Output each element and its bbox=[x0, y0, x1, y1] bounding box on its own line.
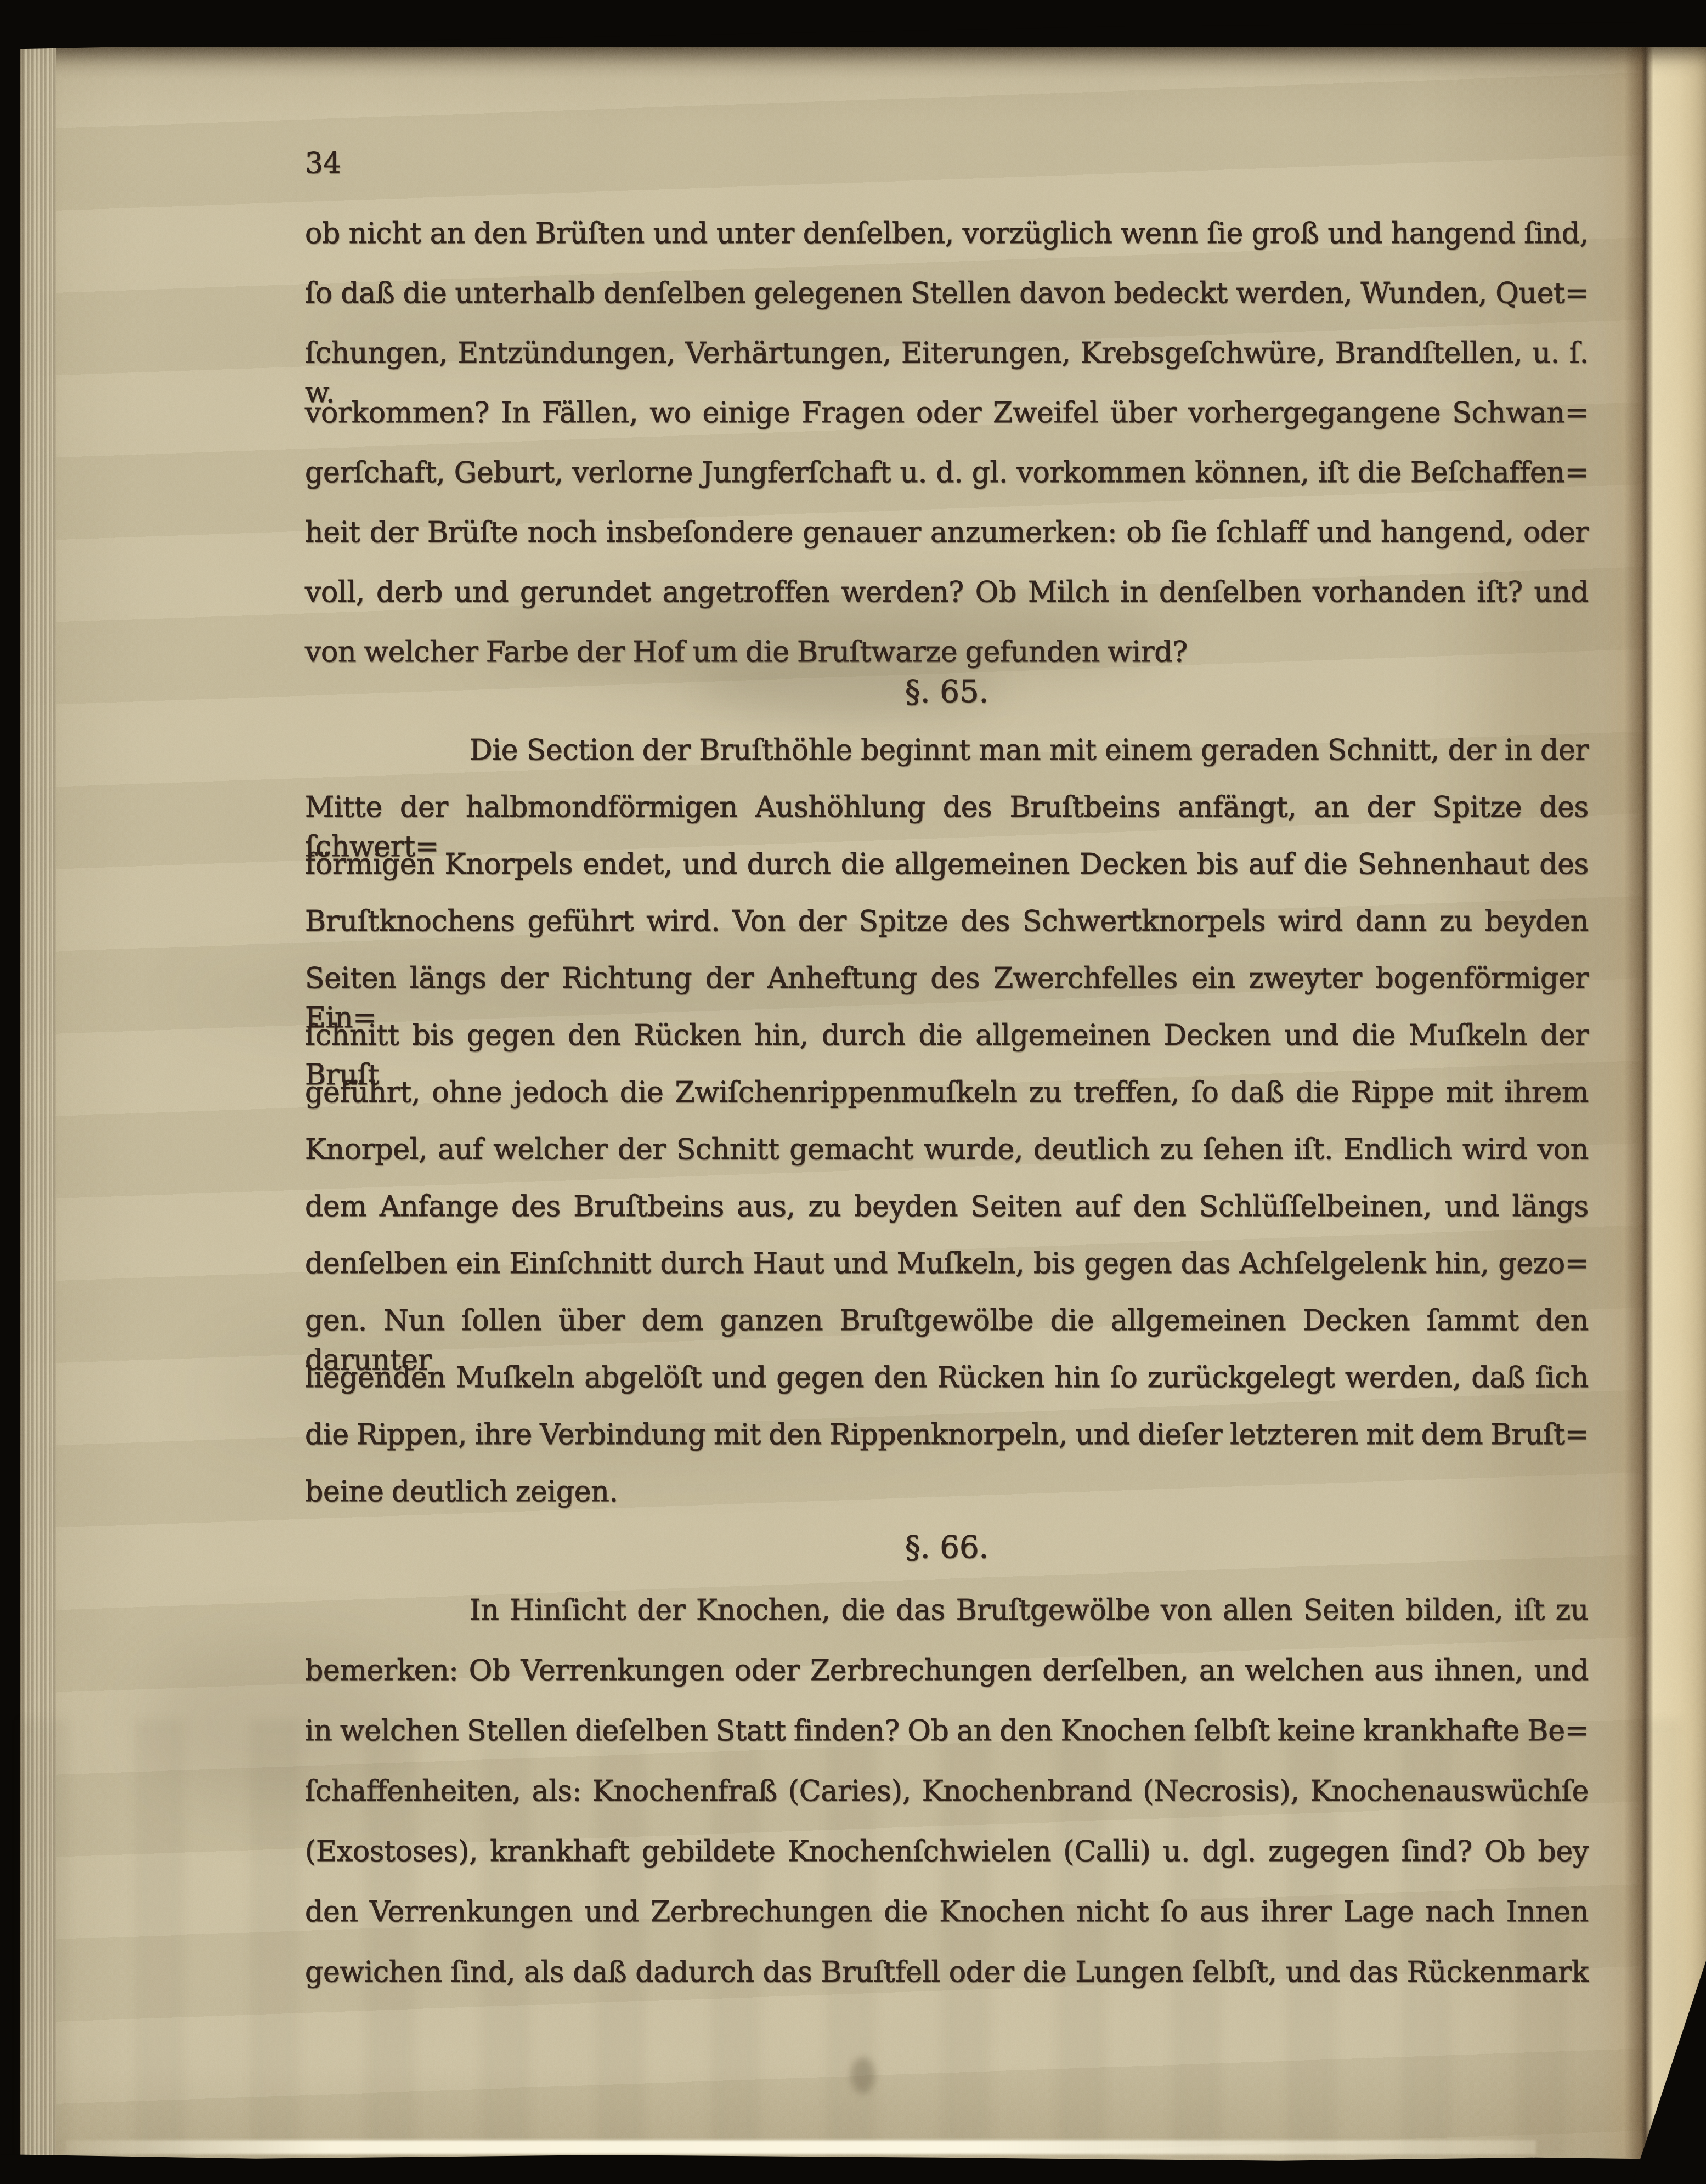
text-line: vorkommen? In Fällen, wo einige Fragen o… bbox=[305, 393, 1589, 453]
section-heading: §. 66. bbox=[305, 1528, 1589, 1572]
paragraph: In Hinſicht der Knochen, die das Bruſtge… bbox=[305, 1591, 1589, 2013]
text-line: ſchnitt bis gegen den Rücken hin, durch … bbox=[305, 1016, 1589, 1073]
page-number: 34 bbox=[305, 147, 341, 180]
text-line: geführt, ohne jedoch die Zwiſchenrippenm… bbox=[305, 1073, 1589, 1130]
text-line: Mitte der halbmondförmigen Aushöhlung de… bbox=[305, 788, 1589, 845]
text-line: liegenden Muſkeln abgelöſt und gegen den… bbox=[305, 1358, 1589, 1415]
text-line: ob nicht an den Brüſten und unter denſel… bbox=[305, 214, 1589, 274]
text-line: gewichen ſind, als daß dadurch das Bruſt… bbox=[305, 1953, 1589, 2013]
text-line: ſchaffenheiten, als: Knochenfraß (Caries… bbox=[305, 1772, 1589, 1832]
text-line: In Hinſicht der Knochen, die das Bruſtge… bbox=[305, 1591, 1589, 1651]
page-bottom-edge-highlight bbox=[66, 2140, 1536, 2154]
text-line: (Exostoses), krankhaft gebildete Knochen… bbox=[305, 1832, 1589, 1892]
scanned-page: 34 ob nicht an den Brüſten und unter den… bbox=[20, 47, 1706, 2163]
text-line: gen. Nun ſollen über dem ganzen Bruſtgew… bbox=[305, 1301, 1589, 1358]
text-line: Seiten längs der Richtung der Anheftung … bbox=[305, 959, 1589, 1016]
text-line: Die Section der Bruſthöhle beginnt man m… bbox=[305, 731, 1589, 788]
text-line: heit der Brüſte noch insbeſondere genaue… bbox=[305, 513, 1589, 573]
text-line: die Rippen, ihre Verbindung mit den Ripp… bbox=[305, 1415, 1589, 1472]
text-line: förmigen Knorpels endet, und durch die a… bbox=[305, 845, 1589, 902]
text-line: ſo daß die unterhalb denſelben gelegenen… bbox=[305, 274, 1589, 333]
paragraph: Die Section der Bruſthöhle beginnt man m… bbox=[305, 731, 1589, 1529]
section-heading: §. 65. bbox=[305, 672, 1589, 716]
text-line: in welchen Stellen dieſelben Statt finde… bbox=[305, 1711, 1589, 1772]
text-line: dem Anfange des Bruſtbeins aus, zu beyde… bbox=[305, 1187, 1589, 1244]
scan-background-top bbox=[0, 0, 1706, 55]
text-line: bemerken: Ob Verrenkungen oder Zerbrechu… bbox=[305, 1651, 1589, 1711]
text-line: voll, derb und gerundet angetroffen werd… bbox=[305, 573, 1589, 632]
text-line: Bruſtknochens geführt wird. Von der Spit… bbox=[305, 902, 1589, 959]
text-line: gerſchaft, Geburt, verlorne Jungferſchaf… bbox=[305, 453, 1589, 513]
text-line: Knorpel, auf welcher der Schnitt gemacht… bbox=[305, 1130, 1589, 1187]
paragraph: ob nicht an den Brüſten und unter denſel… bbox=[305, 214, 1589, 692]
text-line: beine deutlich zeigen. bbox=[305, 1472, 1589, 1529]
text-line: den Verrenkungen und Zerbrechungen die K… bbox=[305, 1892, 1589, 1953]
book-scan: { "page_number": "34", "headings": { "s6… bbox=[0, 0, 1706, 2184]
text-line: denſelben ein Einſchnitt durch Haut und … bbox=[305, 1244, 1589, 1301]
text-line: ſchungen, Entzündungen, Verhärtungen, Ei… bbox=[305, 333, 1589, 393]
